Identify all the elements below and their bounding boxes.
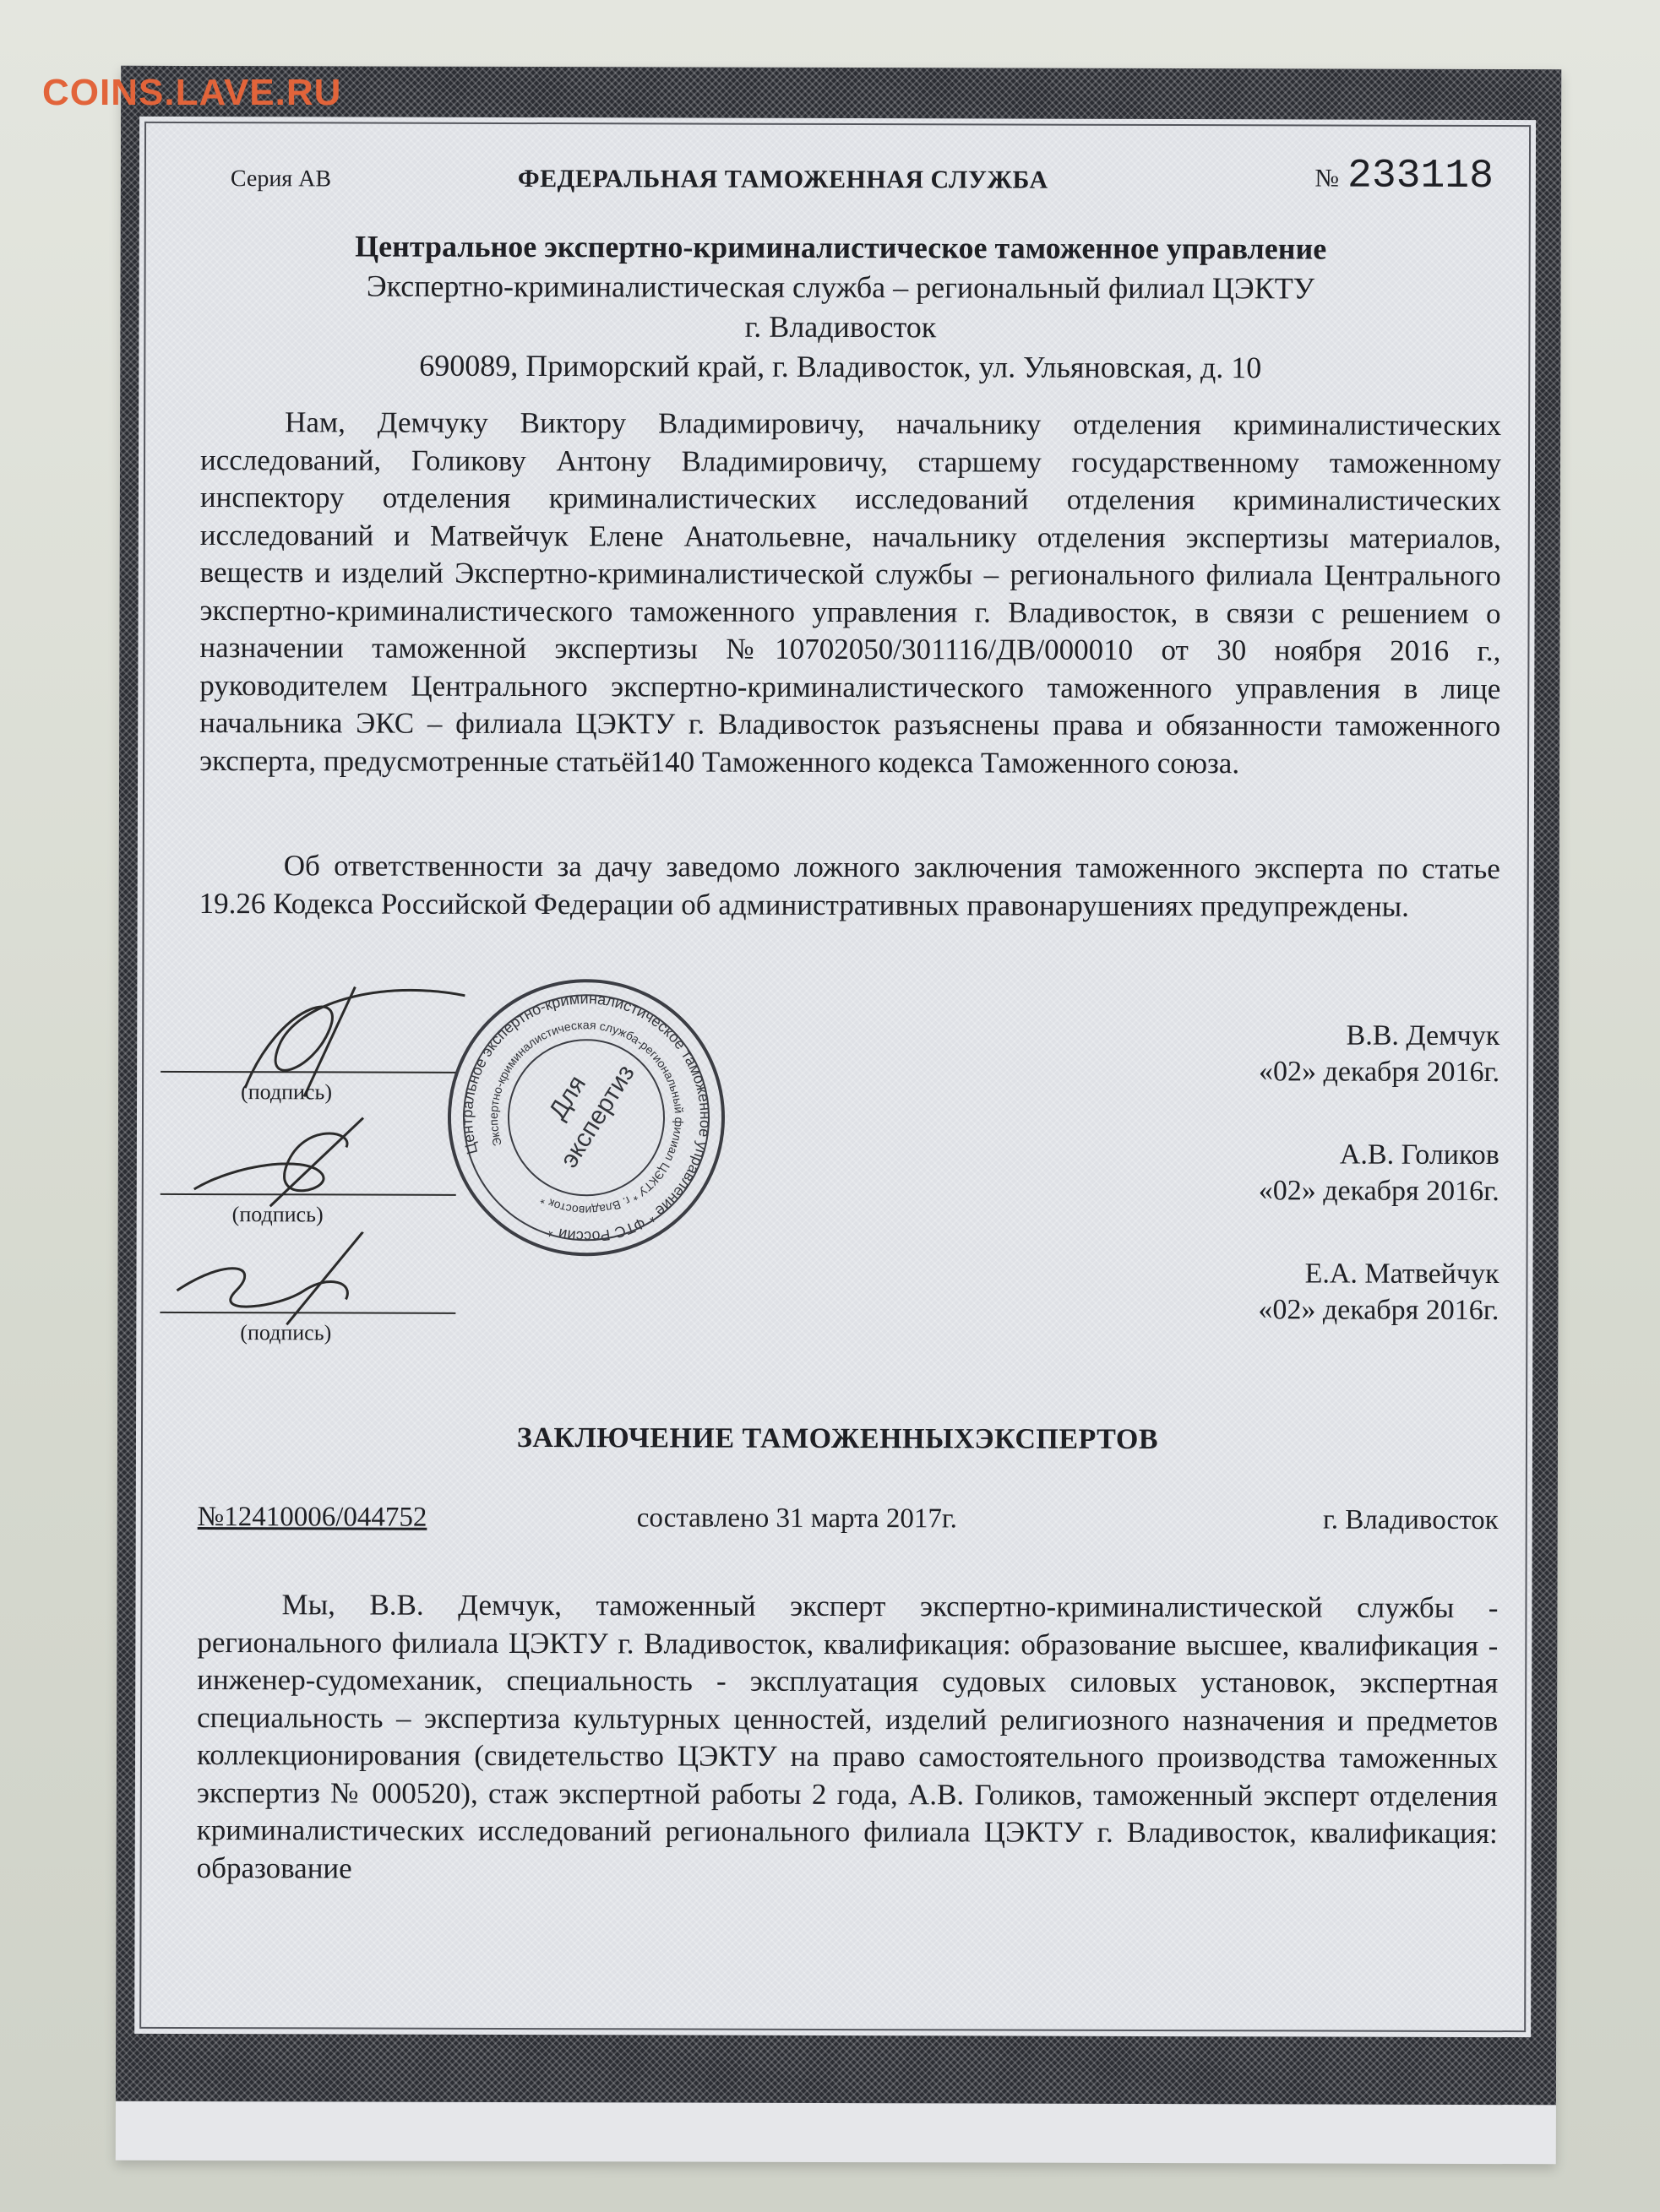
liability-warning-paragraph: Об ответственности за дачу заведомо ложн…: [199, 847, 1500, 926]
signature-caption: (подпись): [232, 1202, 324, 1227]
form-number-value: 233118: [1347, 154, 1494, 199]
signature-scribble-icon: [160, 1231, 438, 1334]
conclusion-reg-number: №12410006/044752: [198, 1502, 427, 1534]
signer-entry: А.В. Голиков «02» декабря 2016г.: [1259, 1136, 1499, 1209]
signer-date: «02» декабря 2016г.: [1259, 1172, 1499, 1209]
institution-branch: Экспертно-криминалистическая служба – ре…: [121, 266, 1561, 309]
signer-name: В.В. Демчук: [1259, 1017, 1499, 1054]
conclusion-reference-line: №12410006/044752 составлено 31 марта 201…: [198, 1502, 1499, 1542]
seal-center-line2: экспертиз: [511, 992, 685, 1240]
appointment-paragraph: Нам, Демчуку Виктору Владимировичу, нача…: [199, 404, 1501, 783]
agency-title: ФЕДЕРАЛЬНАЯ ТАМОЖЕННАЯ СЛУЖБА: [518, 165, 1048, 195]
institution-address: 690089, Приморский край, г. Владивосток,…: [120, 345, 1560, 389]
document-content: Серия АВ ФЕДЕРАЛЬНАЯ ТАМОЖЕННАЯ СЛУЖБА №…: [116, 66, 1561, 2164]
signature-scribble-icon: [186, 1113, 439, 1215]
institution-city: г. Владивосток: [120, 306, 1560, 349]
signer-name: Е.А. Матвейчук: [1258, 1255, 1499, 1292]
number-sign: №: [1314, 164, 1339, 192]
signature-caption: (подпись): [241, 1079, 332, 1105]
signer-date: «02» декабря 2016г.: [1258, 1291, 1499, 1329]
signer-entry: В.В. Демчук «02» декабря 2016г.: [1259, 1017, 1499, 1090]
conclusion-date: составлено 31 марта 2017г.: [637, 1503, 957, 1535]
conclusion-city: г. Владивосток: [1323, 1505, 1499, 1537]
conclusion-body-paragraph: Мы, В.В. Демчук, таможенный эксперт эксп…: [197, 1586, 1499, 1890]
document-sheet: Серия АВ ФЕДЕРАЛЬНАЯ ТАМОЖЕННАЯ СЛУЖБА №…: [116, 66, 1561, 2164]
signature-caption: (подпись): [240, 1320, 331, 1345]
signer-entry: Е.А. Матвейчук «02» декабря 2016г.: [1258, 1255, 1499, 1329]
form-number: №233118: [1314, 153, 1494, 199]
signers-list: В.В. Демчук «02» декабря 2016г. А.В. Гол…: [1258, 1017, 1499, 1375]
signer-name: А.В. Голиков: [1259, 1136, 1499, 1173]
series-label: Серия АВ: [231, 166, 331, 193]
institution-block: Центральное экспертно-криминалистическое…: [120, 226, 1560, 389]
document-header: Серия АВ ФЕДЕРАЛЬНАЯ ТАМОЖЕННАЯ СЛУЖБА №…: [121, 150, 1561, 204]
institution-title: Центральное экспертно-криминалистическое…: [121, 226, 1561, 269]
watermark: COINS.LAVE.RU: [42, 72, 341, 114]
conclusion-title: ЗАКЛЮЧЕНИЕ ТАМОЖЕННЫХЭКСПЕРТОВ: [117, 1421, 1558, 1457]
signer-date: «02» декабря 2016г.: [1259, 1053, 1499, 1090]
